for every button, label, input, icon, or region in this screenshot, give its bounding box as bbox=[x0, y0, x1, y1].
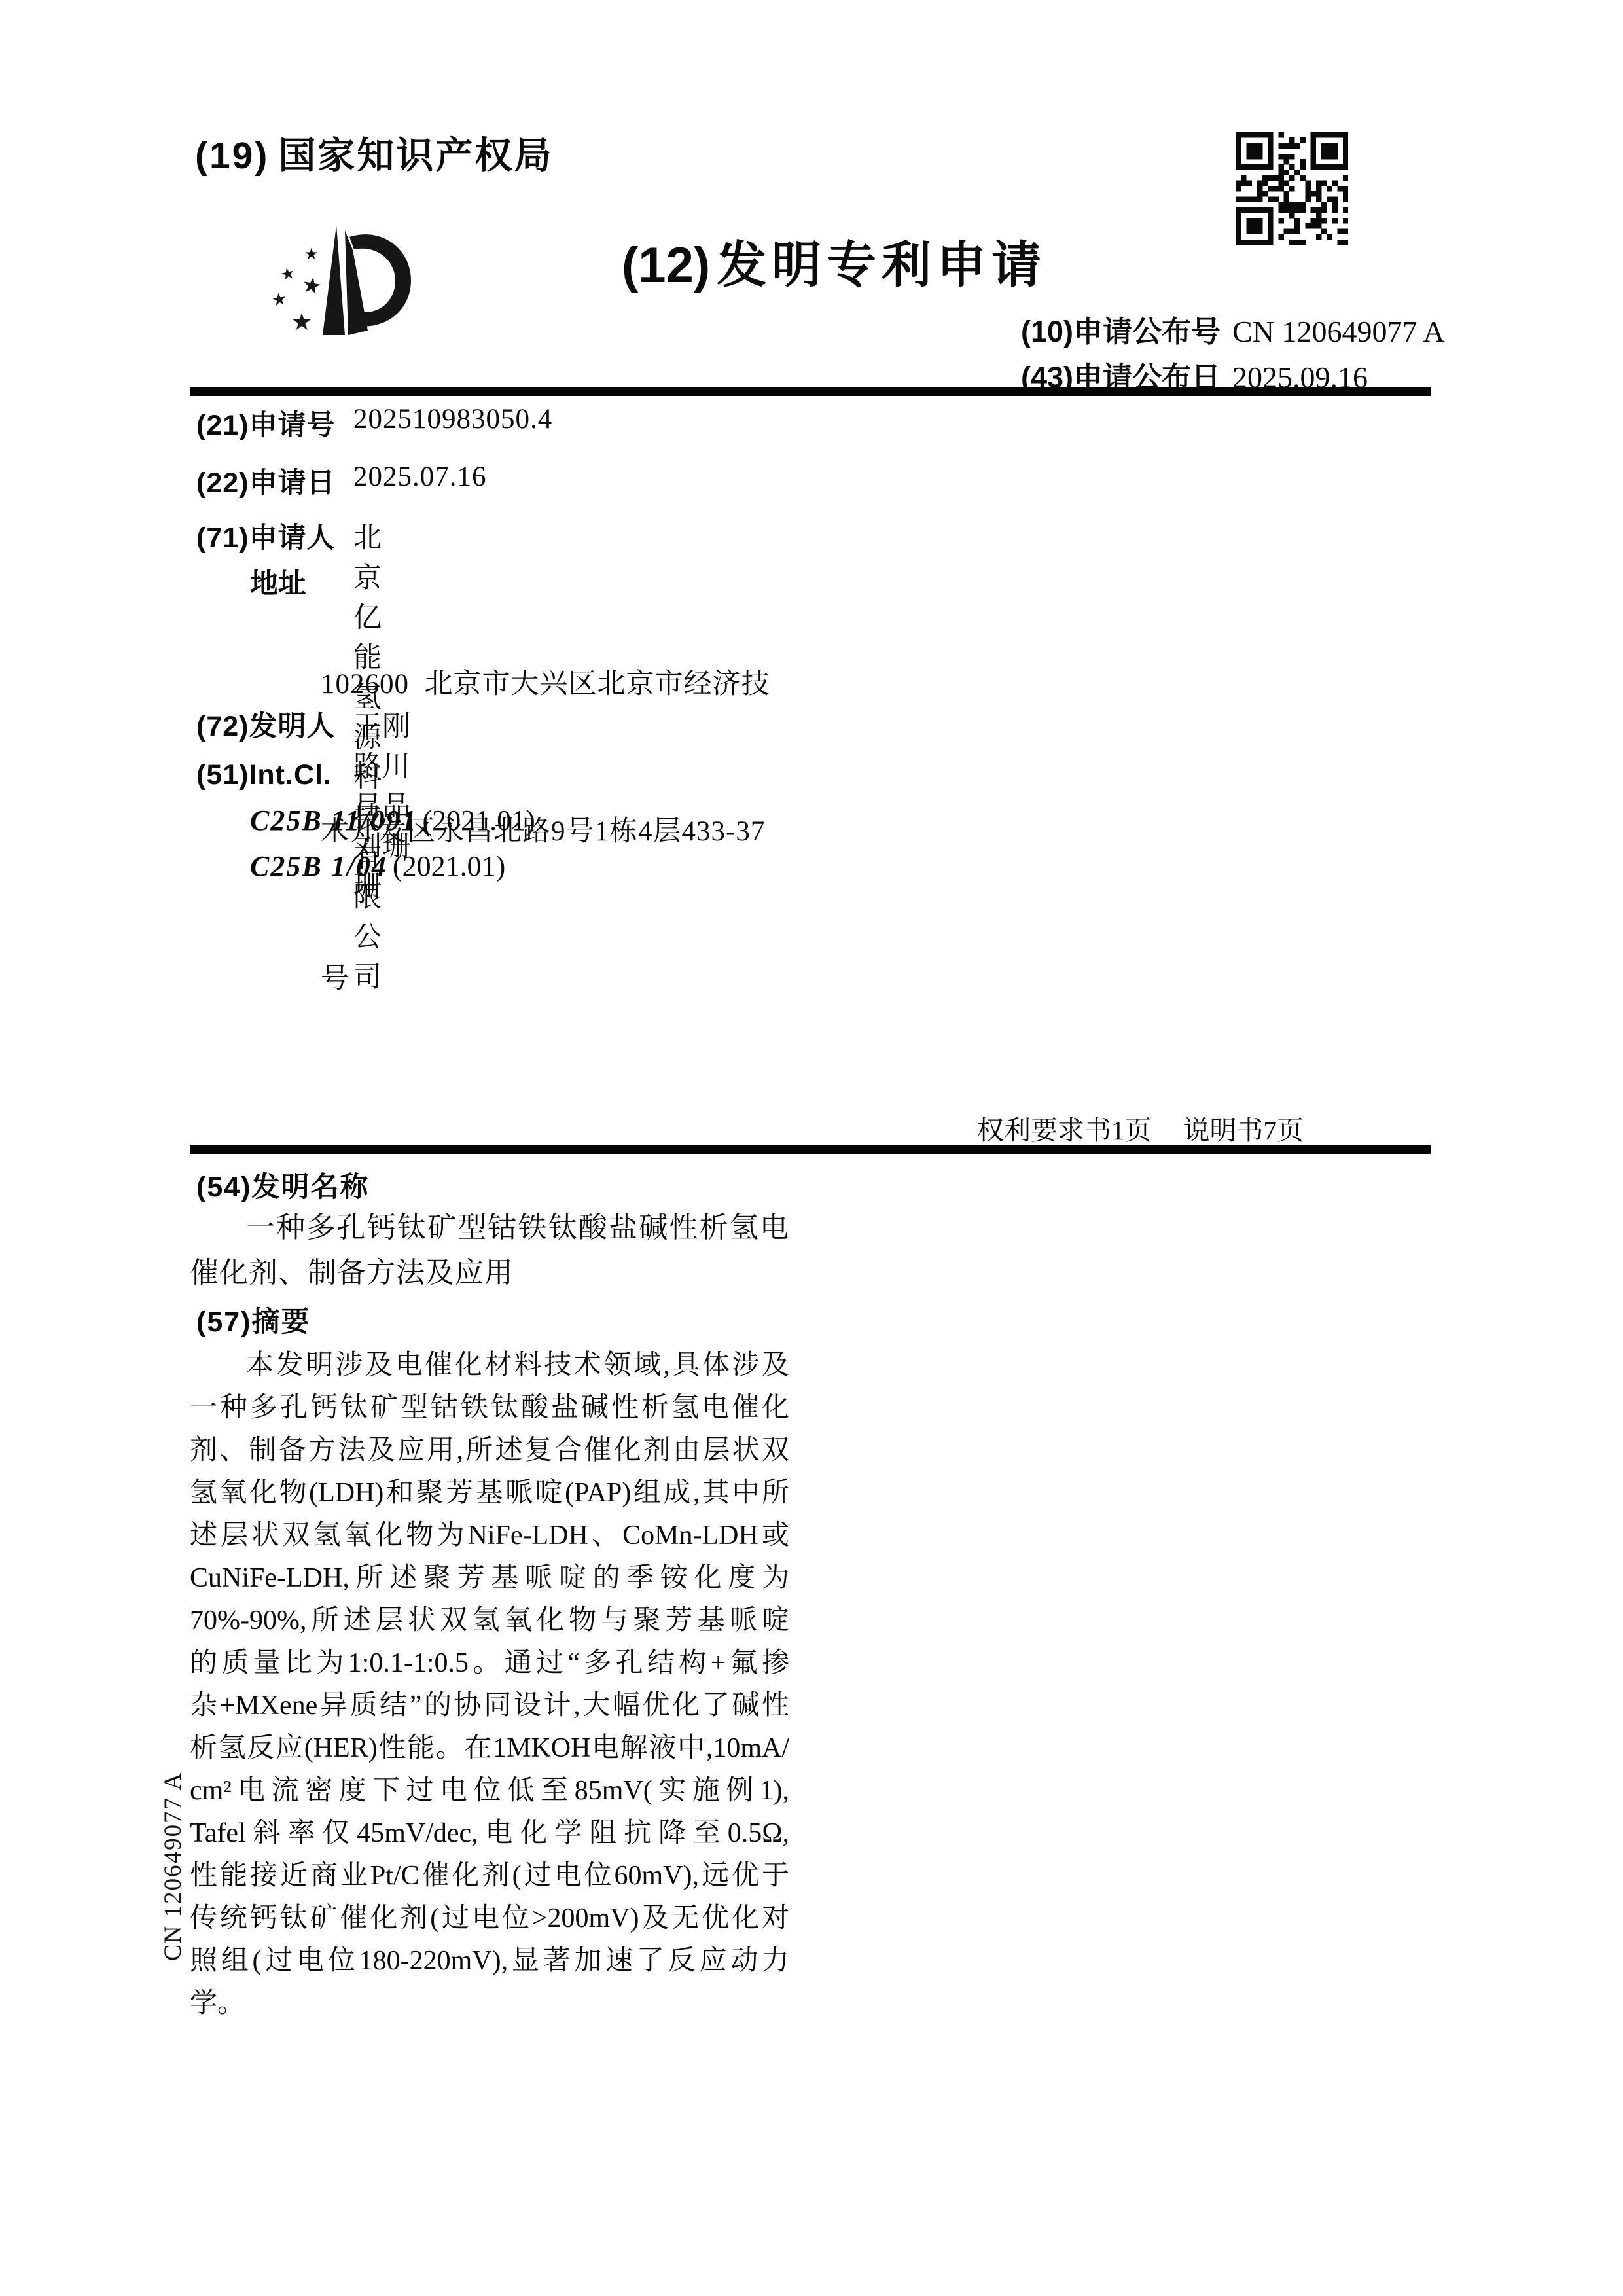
application-number-row: (21)申请号 202510983050.4 bbox=[196, 403, 335, 443]
abstract-line: 的质量比为1:0.1-1:0.5。通过“多孔结构+氟掺 bbox=[190, 1642, 789, 1685]
int-cl-label: Int.Cl. bbox=[249, 759, 331, 791]
office-name: 国家知识产权局 bbox=[278, 135, 553, 177]
abstract-line: 述层状双氢氧化物为NiFe-LDH、CoMn-LDH或 bbox=[190, 1515, 789, 1557]
app-number-label: 申请号 bbox=[249, 410, 335, 441]
abstract-line: 析氢反应(HER)性能。在1MKOH电解液中,10mA/ bbox=[190, 1727, 789, 1770]
abstract-tag: (57) bbox=[196, 1306, 251, 1338]
abstract-line: 照组(过电位180-220mV),显著加速了反应动力 bbox=[190, 1940, 789, 1982]
int-cl-row: (51)Int.Cl. bbox=[196, 759, 332, 791]
inventors-label: 发明人 bbox=[249, 711, 335, 742]
invention-title-line: 催化剂、制备方法及应用 bbox=[190, 1250, 789, 1295]
ipc-entry: C25B 1/04(2021.01) bbox=[250, 850, 505, 883]
claims-pages: 权利要求书1页 bbox=[977, 1115, 1152, 1145]
ipc-version: (2021.01) bbox=[393, 850, 505, 882]
application-date: 2025.07.16 bbox=[353, 461, 487, 493]
inventors-row: (72)发明人 王刚 路川 吕品 刘珊珊 bbox=[196, 704, 335, 744]
application-date-row: (22)申请日 2025.07.16 bbox=[196, 461, 335, 501]
abstract-line: cm²电流密度下过电位低至85mV(实施例1), bbox=[190, 1770, 789, 1812]
patent-front-page: { "header": { "office": { "tag": "(19)",… bbox=[0, 0, 1623, 2296]
ipc-code: C25B 11/091 bbox=[250, 804, 418, 836]
cnipa-logo-graphic: ★ ★ ★ ★ ★ bbox=[270, 221, 419, 343]
ipc-code: C25B 1/04 bbox=[250, 850, 387, 882]
description-pages: 说明书7页 bbox=[1183, 1115, 1304, 1145]
applicant-tag: (71) bbox=[196, 522, 249, 554]
abstract-line: Tafel斜率仅45mV/dec,电化学阻抗降至0.5Ω, bbox=[190, 1812, 789, 1855]
address-label: 地址 bbox=[250, 562, 306, 601]
abstract-line: 本发明涉及电催化材料技术领域,具体涉及 bbox=[190, 1344, 789, 1387]
side-publication-number: CN 120649077 A bbox=[159, 1805, 189, 1961]
qr-code-graphic bbox=[1236, 132, 1348, 245]
app-number-tag: (21) bbox=[196, 410, 249, 441]
svg-text:★: ★ bbox=[300, 271, 324, 300]
top-divider-rule bbox=[190, 387, 1431, 396]
ipc-entry: C25B 11/091(2021.01) bbox=[250, 804, 535, 837]
abstract-text: 本发明涉及电催化材料技术领域,具体涉及 一种多孔钙钛矿型钴铁钛酸盐碱性析氢电催化… bbox=[190, 1344, 789, 2025]
abstract-line: 一种多孔钙钛矿型钴铁钛酸盐碱性析氢电催化 bbox=[190, 1387, 789, 1429]
publication-number: CN 120649077 A bbox=[1232, 315, 1445, 348]
abstract-line: 传统钙钛矿催化剂(过电位>200mV)及无优化对 bbox=[190, 1897, 789, 1940]
invention-title: 一种多孔钙钛矿型钴铁钛酸盐碱性析氢电 催化剂、制备方法及应用 bbox=[190, 1205, 789, 1295]
pages-info: 权利要求书1页说明书7页 bbox=[977, 1109, 1304, 1147]
abstract-line: CuNiFe-LDH,所述聚芳基哌啶的季铵化度为 bbox=[190, 1557, 789, 1600]
abstract-line: 性能接近商业Pt/C催化剂(过电位60mV),远优于 bbox=[190, 1855, 789, 1897]
ipc-version: (2021.01) bbox=[423, 804, 535, 836]
invention-title-label: 发明名称 bbox=[251, 1172, 369, 1203]
app-date-tag: (22) bbox=[196, 467, 249, 499]
int-cl-tag: (51) bbox=[196, 759, 249, 791]
cnipa-logo: ★ ★ ★ ★ ★ bbox=[270, 221, 419, 343]
invention-title-line: 一种多孔钙钛矿型钴铁钛酸盐碱性析氢电 bbox=[190, 1205, 789, 1250]
abstract-line: 剂、制备方法及应用,所述复合催化剂由层状双 bbox=[190, 1429, 789, 1472]
invention-title-tag: (54) bbox=[196, 1172, 251, 1203]
qr-code bbox=[1236, 132, 1348, 245]
doc-type-name: 发明专利申请 bbox=[717, 238, 1046, 293]
svg-text:★: ★ bbox=[291, 309, 312, 336]
application-number: 202510983050.4 bbox=[353, 403, 552, 435]
abstract-line: 学。 bbox=[190, 1982, 789, 2025]
app-date-label: 申请日 bbox=[249, 467, 335, 499]
applicant-label: 申请人 bbox=[249, 522, 335, 554]
svg-text:★: ★ bbox=[270, 289, 288, 311]
address-line: 102600 北京市大兴区北京市经济技 bbox=[321, 660, 770, 709]
applicant-row: (71)申请人 北京亿能氢源科技有限公司 bbox=[196, 516, 335, 556]
middle-divider-rule bbox=[190, 1145, 1431, 1154]
pub-number-tag: (10) bbox=[1021, 315, 1073, 348]
address-line: 号 bbox=[321, 954, 770, 1003]
svg-text:★: ★ bbox=[279, 263, 296, 284]
abstract-heading: (57)摘要 bbox=[196, 1300, 310, 1340]
office-ipc-tag: (19) bbox=[195, 135, 269, 177]
doc-type-tag: (12) bbox=[622, 238, 710, 293]
abstract-line: 氢氧化物(LDH)和聚芳基哌啶(PAP)组成,其中所 bbox=[190, 1472, 789, 1515]
abstract-line: 70%-90%,所述层状双氢氧化物与聚芳基哌啶 bbox=[190, 1600, 789, 1642]
document-type-title: (12)发明专利申请 bbox=[622, 225, 1046, 296]
svg-text:★: ★ bbox=[304, 245, 319, 263]
inventors-tag: (72) bbox=[196, 711, 249, 742]
publication-number-row: (10)申请公布号CN 120649077 A bbox=[1021, 308, 1445, 350]
invention-title-heading: (54)发明名称 bbox=[196, 1165, 369, 1205]
abstract-line: 杂+MXene异质结”的协同设计,大幅优化了碱性 bbox=[190, 1685, 789, 1727]
pub-number-label: 申请公布号 bbox=[1073, 315, 1221, 348]
patent-office-heading: (19)国家知识产权局 bbox=[195, 126, 553, 179]
abstract-label: 摘要 bbox=[251, 1306, 310, 1338]
